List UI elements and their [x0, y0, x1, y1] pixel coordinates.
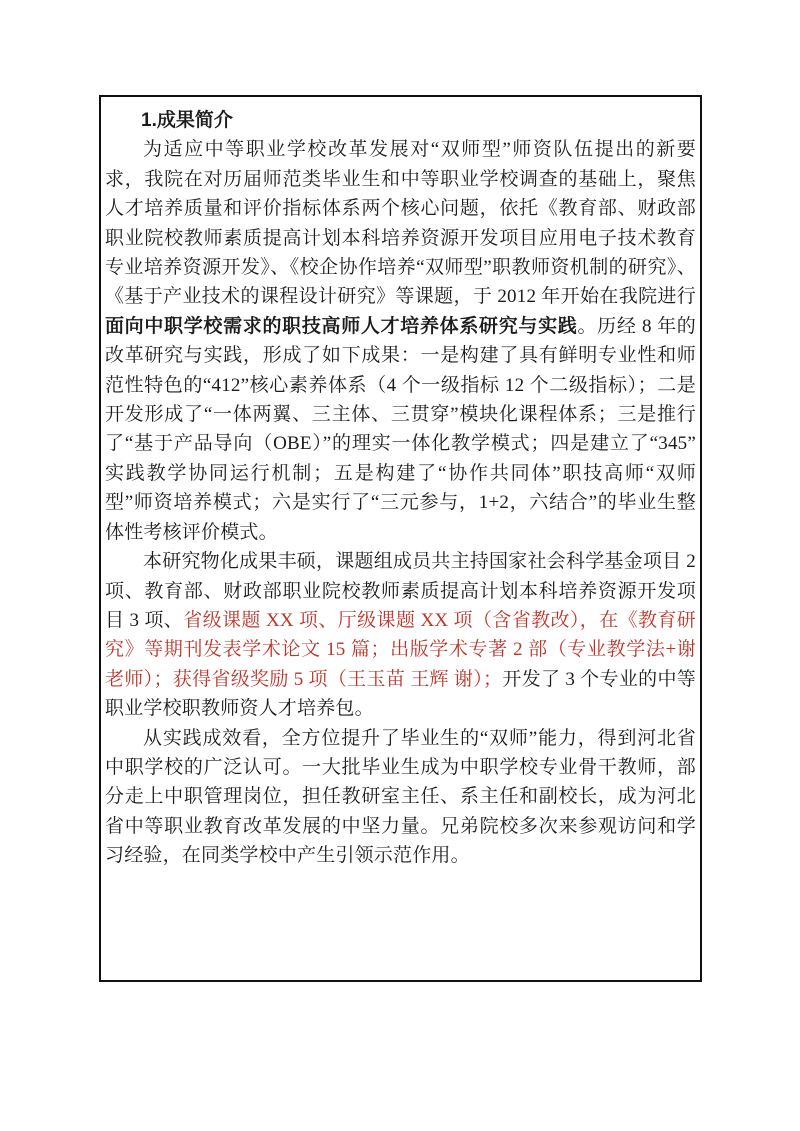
text-run-normal: 为适应中等职业学校改革发展对“双师型”师资队伍提出的新要求，我院在对历届师范类毕…: [105, 139, 696, 307]
paragraphs-container: 为适应中等职业学校改革发展对“双师型”师资队伍提出的新要求，我院在对历届师范类毕…: [105, 135, 696, 870]
section-title: 1.成果简介: [105, 106, 696, 135]
text-run-normal: 从实践成效看，全方位提升了毕业生的“双师”能力，得到河北省中职学校的广泛认可。一…: [105, 728, 696, 867]
paragraph: 从实践成效看，全方位提升了毕业生的“双师”能力，得到河北省中职学校的广泛认可。一…: [105, 724, 696, 871]
text-run-bold: 面向中职学校需求的职技高师人才培养体系研究与实践: [105, 316, 577, 337]
paragraph: 本研究物化成果丰硕，课题组成员共主持国家社会科学基金项目 2 项、教育部、财政部…: [105, 547, 696, 723]
paragraph: 为适应中等职业学校改革发展对“双师型”师资队伍提出的新要求，我院在对历届师范类毕…: [105, 135, 696, 547]
text-run-normal: 。历经 8 年的改革研究与实践，形成了如下成果：一是构建了具有鲜明专业性和师范性…: [105, 316, 696, 543]
content-cell: 1.成果简介 为适应中等职业学校改革发展对“双师型”师资队伍提出的新要求，我院在…: [99, 95, 702, 982]
